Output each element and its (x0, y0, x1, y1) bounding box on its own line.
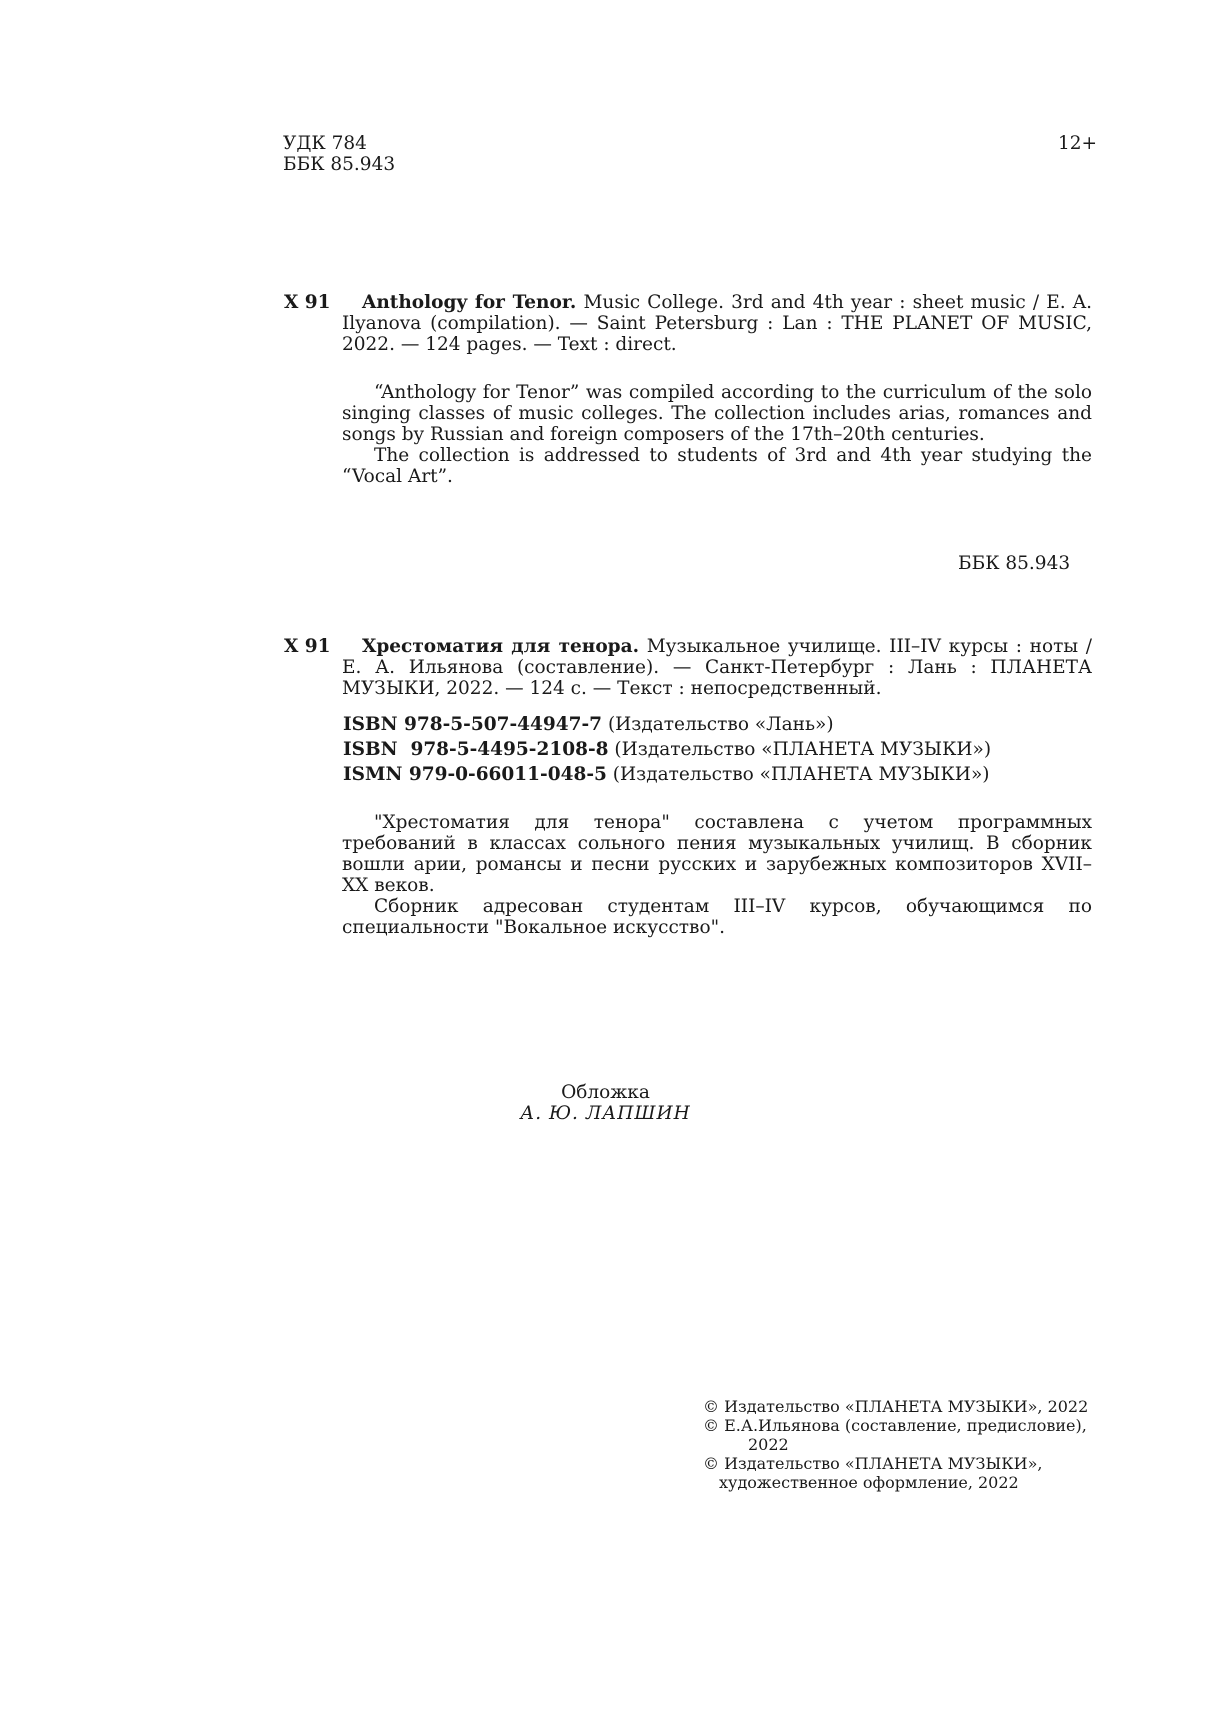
isbn-list: ISBN 978-5-507-44947-7 (Издательство «Ла… (343, 712, 991, 787)
author-mark: X 91 (284, 636, 331, 657)
bibliographic-description: Anthology for Tenor. Music College. 3rd … (342, 292, 1092, 355)
author-mark: X 91 (284, 292, 331, 313)
book-title: Anthology for Tenor. (362, 292, 576, 313)
udk-code: УДК 784 (283, 133, 395, 154)
cover-label: Обложка (0, 1082, 1211, 1103)
copyright-line-continuation: 2022 (703, 1435, 1103, 1454)
isbn-line: ISBN 978-5-507-44947-7 (Издательство «Ла… (343, 712, 991, 737)
cover-artist: А. Ю. ЛАПШИН (0, 1103, 1211, 1124)
isbn-line: ISBN 978-5-4495-2108-8 (Издательство «ПЛ… (343, 737, 991, 762)
bbk-code: ББК 85.943 (283, 154, 395, 175)
classification-codes: УДК 784 ББК 85.943 (283, 133, 395, 175)
copyright-block: © Издательство «ПЛАНЕТА МУЗЫКИ», 2022 © … (703, 1397, 1103, 1492)
annotation-paragraph: The collection is addressed to students … (342, 445, 1092, 487)
copyright-line: © Издательство «ПЛАНЕТА МУЗЫКИ», 2022 (703, 1397, 1103, 1416)
english-catalog-entry: X 91 Anthology for Tenor. Music College.… (284, 292, 1092, 355)
bbk-code-mid: ББК 85.943 (958, 553, 1070, 574)
book-title: Хрестоматия для тенора. (362, 636, 639, 657)
age-rating: 12+ (1058, 133, 1097, 154)
copyright-line: © Издательство «ПЛАНЕТА МУЗЫКИ», художес… (703, 1454, 1103, 1492)
russian-catalog-entry: X 91 Хрестоматия для тенора. Музыкальное… (284, 636, 1092, 699)
russian-annotation: "Хрестоматия для тенора" составлена с уч… (342, 812, 1092, 938)
ismn-line: ISMN 979-0-66011-048-5 (Издательство «ПЛ… (343, 762, 991, 787)
bibliographic-description: Хрестоматия для тенора. Музыкальное учил… (342, 636, 1092, 699)
annotation-paragraph: "Хрестоматия для тенора" составлена с уч… (342, 812, 1092, 896)
annotation-paragraph: Сборник адресован студентам III–IV курсо… (342, 896, 1092, 938)
english-annotation: “Anthology for Tenor” was compiled accor… (342, 382, 1092, 487)
copyright-line: © Е.А.Ильянова (составление, предисловие… (703, 1416, 1103, 1435)
cover-credit: Обложка А. Ю. ЛАПШИН (0, 1082, 1211, 1124)
annotation-paragraph: “Anthology for Tenor” was compiled accor… (342, 382, 1092, 445)
